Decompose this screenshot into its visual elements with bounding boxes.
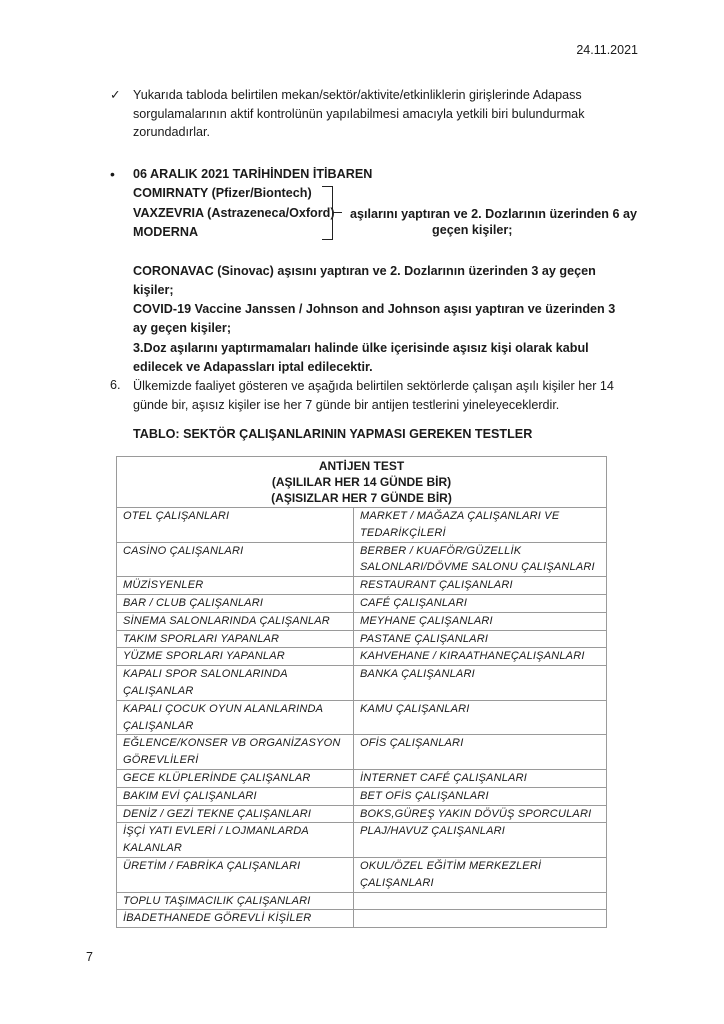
table-row: SİNEMA SALONLARINDA ÇALIŞANLARMEYHANE ÇA… [117,612,607,630]
page-date: 24.11.2021 [576,43,638,57]
sector-cell-left: TOPLU TAŞIMACILIK ÇALIŞANLARI [117,892,354,910]
numbered-item-text: Ülkemizde faaliyet gösteren ve aşağıda b… [133,377,623,414]
bullet-icon: • [110,166,115,182]
table-row: İBADETHANEDE GÖREVLİ KİŞİLER [117,910,607,928]
table-row: BAKIM EVİ ÇALIŞANLARIBET OFİS ÇALIŞANLAR… [117,787,607,805]
table-row: DENİZ / GEZİ TEKNE ÇALIŞANLARIBOKS,GÜREŞ… [117,805,607,823]
sector-cell-right: BOKS,GÜREŞ YAKIN DÖVÜŞ SPORCULARI [354,805,607,823]
sector-cell-right: BET OFİS ÇALIŞANLARI [354,787,607,805]
sector-cell-left: GECE KLÜPLERİNDE ÇALIŞANLAR [117,769,354,787]
brace-text-line2: geçen kişiler; [432,223,513,237]
third-dose-text: 3.Doz aşılarını yaptırmamaları halinde ü… [133,339,623,376]
table-row: CASİNO ÇALIŞANLARIBERBER / KUAFÖR/GÜZELL… [117,542,607,577]
sector-test-table: ANTİJEN TEST (AŞILILAR HER 14 GÜNDE BİR)… [116,456,607,928]
sector-cell-left: BAKIM EVİ ÇALIŞANLARI [117,787,354,805]
sector-cell-left: YÜZME SPORLARI YAPANLAR [117,648,354,666]
sector-cell-left: İŞÇİ YATI EVLERİ / LOJMANLARDA KALANLAR [117,823,354,858]
table-caption: TABLO: SEKTÖR ÇALIŞANLARININ YAPMASI GER… [133,425,623,444]
page-number: 7 [86,950,93,964]
table-header: ANTİJEN TEST (AŞILILAR HER 14 GÜNDE BİR)… [117,457,607,508]
table-row: TOPLU TAŞIMACILIK ÇALIŞANLARI [117,892,607,910]
sector-cell-right: OKUL/ÖZEL EĞİTİM MERKEZLERİ ÇALIŞANLARI [354,857,607,892]
header-line: ANTİJEN TEST [123,458,600,474]
janssen-text: COVID-19 Vaccine Janssen / Johnson and J… [133,300,623,337]
sector-cell-right: PLAJ/HAVUZ ÇALIŞANLARI [354,823,607,858]
effective-date-heading: 06 ARALIK 2021 TARİHİNDEN İTİBAREN [133,165,623,184]
sector-cell-right [354,892,607,910]
sector-cell-right [354,910,607,928]
sector-cell-right: CAFÉ ÇALIŞANLARI [354,594,607,612]
brace-text-line1: aşılarını yaptıran ve 2. Dozlarının üzer… [350,205,637,224]
sector-cell-right: İNTERNET CAFÉ ÇALIŞANLARI [354,769,607,787]
sector-cell-left: CASİNO ÇALIŞANLARI [117,542,354,577]
table-row: İŞÇİ YATI EVLERİ / LOJMANLARDA KALANLARP… [117,823,607,858]
table-row: YÜZME SPORLARI YAPANLARKAHVEHANE / KIRAA… [117,648,607,666]
table-row: MÜZİSYENLERRESTAURANT ÇALIŞANLARI [117,577,607,595]
table-row: KAPALI SPOR SALONLARINDA ÇALIŞANLARBANKA… [117,666,607,701]
sector-cell-right: KAMU ÇALIŞANLARI [354,700,607,735]
table-body: OTEL ÇALIŞANLARIMARKET / MAĞAZA ÇALIŞANL… [117,508,607,928]
sector-cell-left: SİNEMA SALONLARINDA ÇALIŞANLAR [117,612,354,630]
vaccine-moderna: MODERNA [133,223,623,242]
sector-cell-right: MARKET / MAĞAZA ÇALIŞANLARI VE TEDARİKÇİ… [354,508,607,543]
sector-cell-right: KAHVEHANE / KIRAATHANEÇALIŞANLARI [354,648,607,666]
sector-cell-left: DENİZ / GEZİ TEKNE ÇALIŞANLARI [117,805,354,823]
sector-cell-left: KAPALI ÇOCUK OYUN ALANLARINDA ÇALIŞANLAR [117,700,354,735]
checkmark-icon: ✓ [110,87,121,102]
sector-cell-right: RESTAURANT ÇALIŞANLARI [354,577,607,595]
table-row: OTEL ÇALIŞANLARIMARKET / MAĞAZA ÇALIŞANL… [117,508,607,543]
table-row: BAR / CLUB ÇALIŞANLARICAFÉ ÇALIŞANLARI [117,594,607,612]
sector-cell-left: ÜRETİM / FABRİKA ÇALIŞANLARI [117,857,354,892]
coronavac-text: CORONAVAC (Sinovac) aşısını yaptıran ve … [133,262,623,299]
table-row: KAPALI ÇOCUK OYUN ALANLARINDA ÇALIŞANLAR… [117,700,607,735]
table-row: ÜRETİM / FABRİKA ÇALIŞANLARIOKUL/ÖZEL EĞ… [117,857,607,892]
sector-cell-right: BANKA ÇALIŞANLARI [354,666,607,701]
table-row: EĞLENCE/KONSER VB ORGANİZASYON GÖREVLİLE… [117,735,607,770]
vaccine-comirnaty: COMIRNATY (Pfizer/Biontech) [133,184,623,203]
sector-cell-left: İBADETHANEDE GÖREVLİ KİŞİLER [117,910,354,928]
sector-cell-right: OFİS ÇALIŞANLARI [354,735,607,770]
table-row: GECE KLÜPLERİNDE ÇALIŞANLARİNTERNET CAFÉ… [117,769,607,787]
header-line: (AŞILILAR HER 14 GÜNDE BİR) [123,474,600,490]
sector-cell-left: TAKIM SPORLARI YAPANLAR [117,630,354,648]
sector-cell-left: BAR / CLUB ÇALIŞANLARI [117,594,354,612]
sector-cell-right: MEYHANE ÇALIŞANLARI [354,612,607,630]
sector-cell-right: BERBER / KUAFÖR/GÜZELLİK SALONLARI/DÖVME… [354,542,607,577]
list-number: 6. [110,378,121,392]
sector-cell-left: EĞLENCE/KONSER VB ORGANİZASYON GÖREVLİLE… [117,735,354,770]
sector-cell-left: MÜZİSYENLER [117,577,354,595]
checklist-text: Yukarıda tabloda belirtilen mekan/sektör… [133,86,623,142]
sector-cell-left: OTEL ÇALIŞANLARI [117,508,354,543]
sector-cell-right: PASTANE ÇALIŞANLARI [354,630,607,648]
sector-cell-left: KAPALI SPOR SALONLARINDA ÇALIŞANLAR [117,666,354,701]
header-line: (AŞISIZLAR HER 7 GÜNDE BİR) [123,490,600,506]
right-brace [322,186,333,240]
table-row: TAKIM SPORLARI YAPANLARPASTANE ÇALIŞANLA… [117,630,607,648]
brace-tick [333,212,342,213]
